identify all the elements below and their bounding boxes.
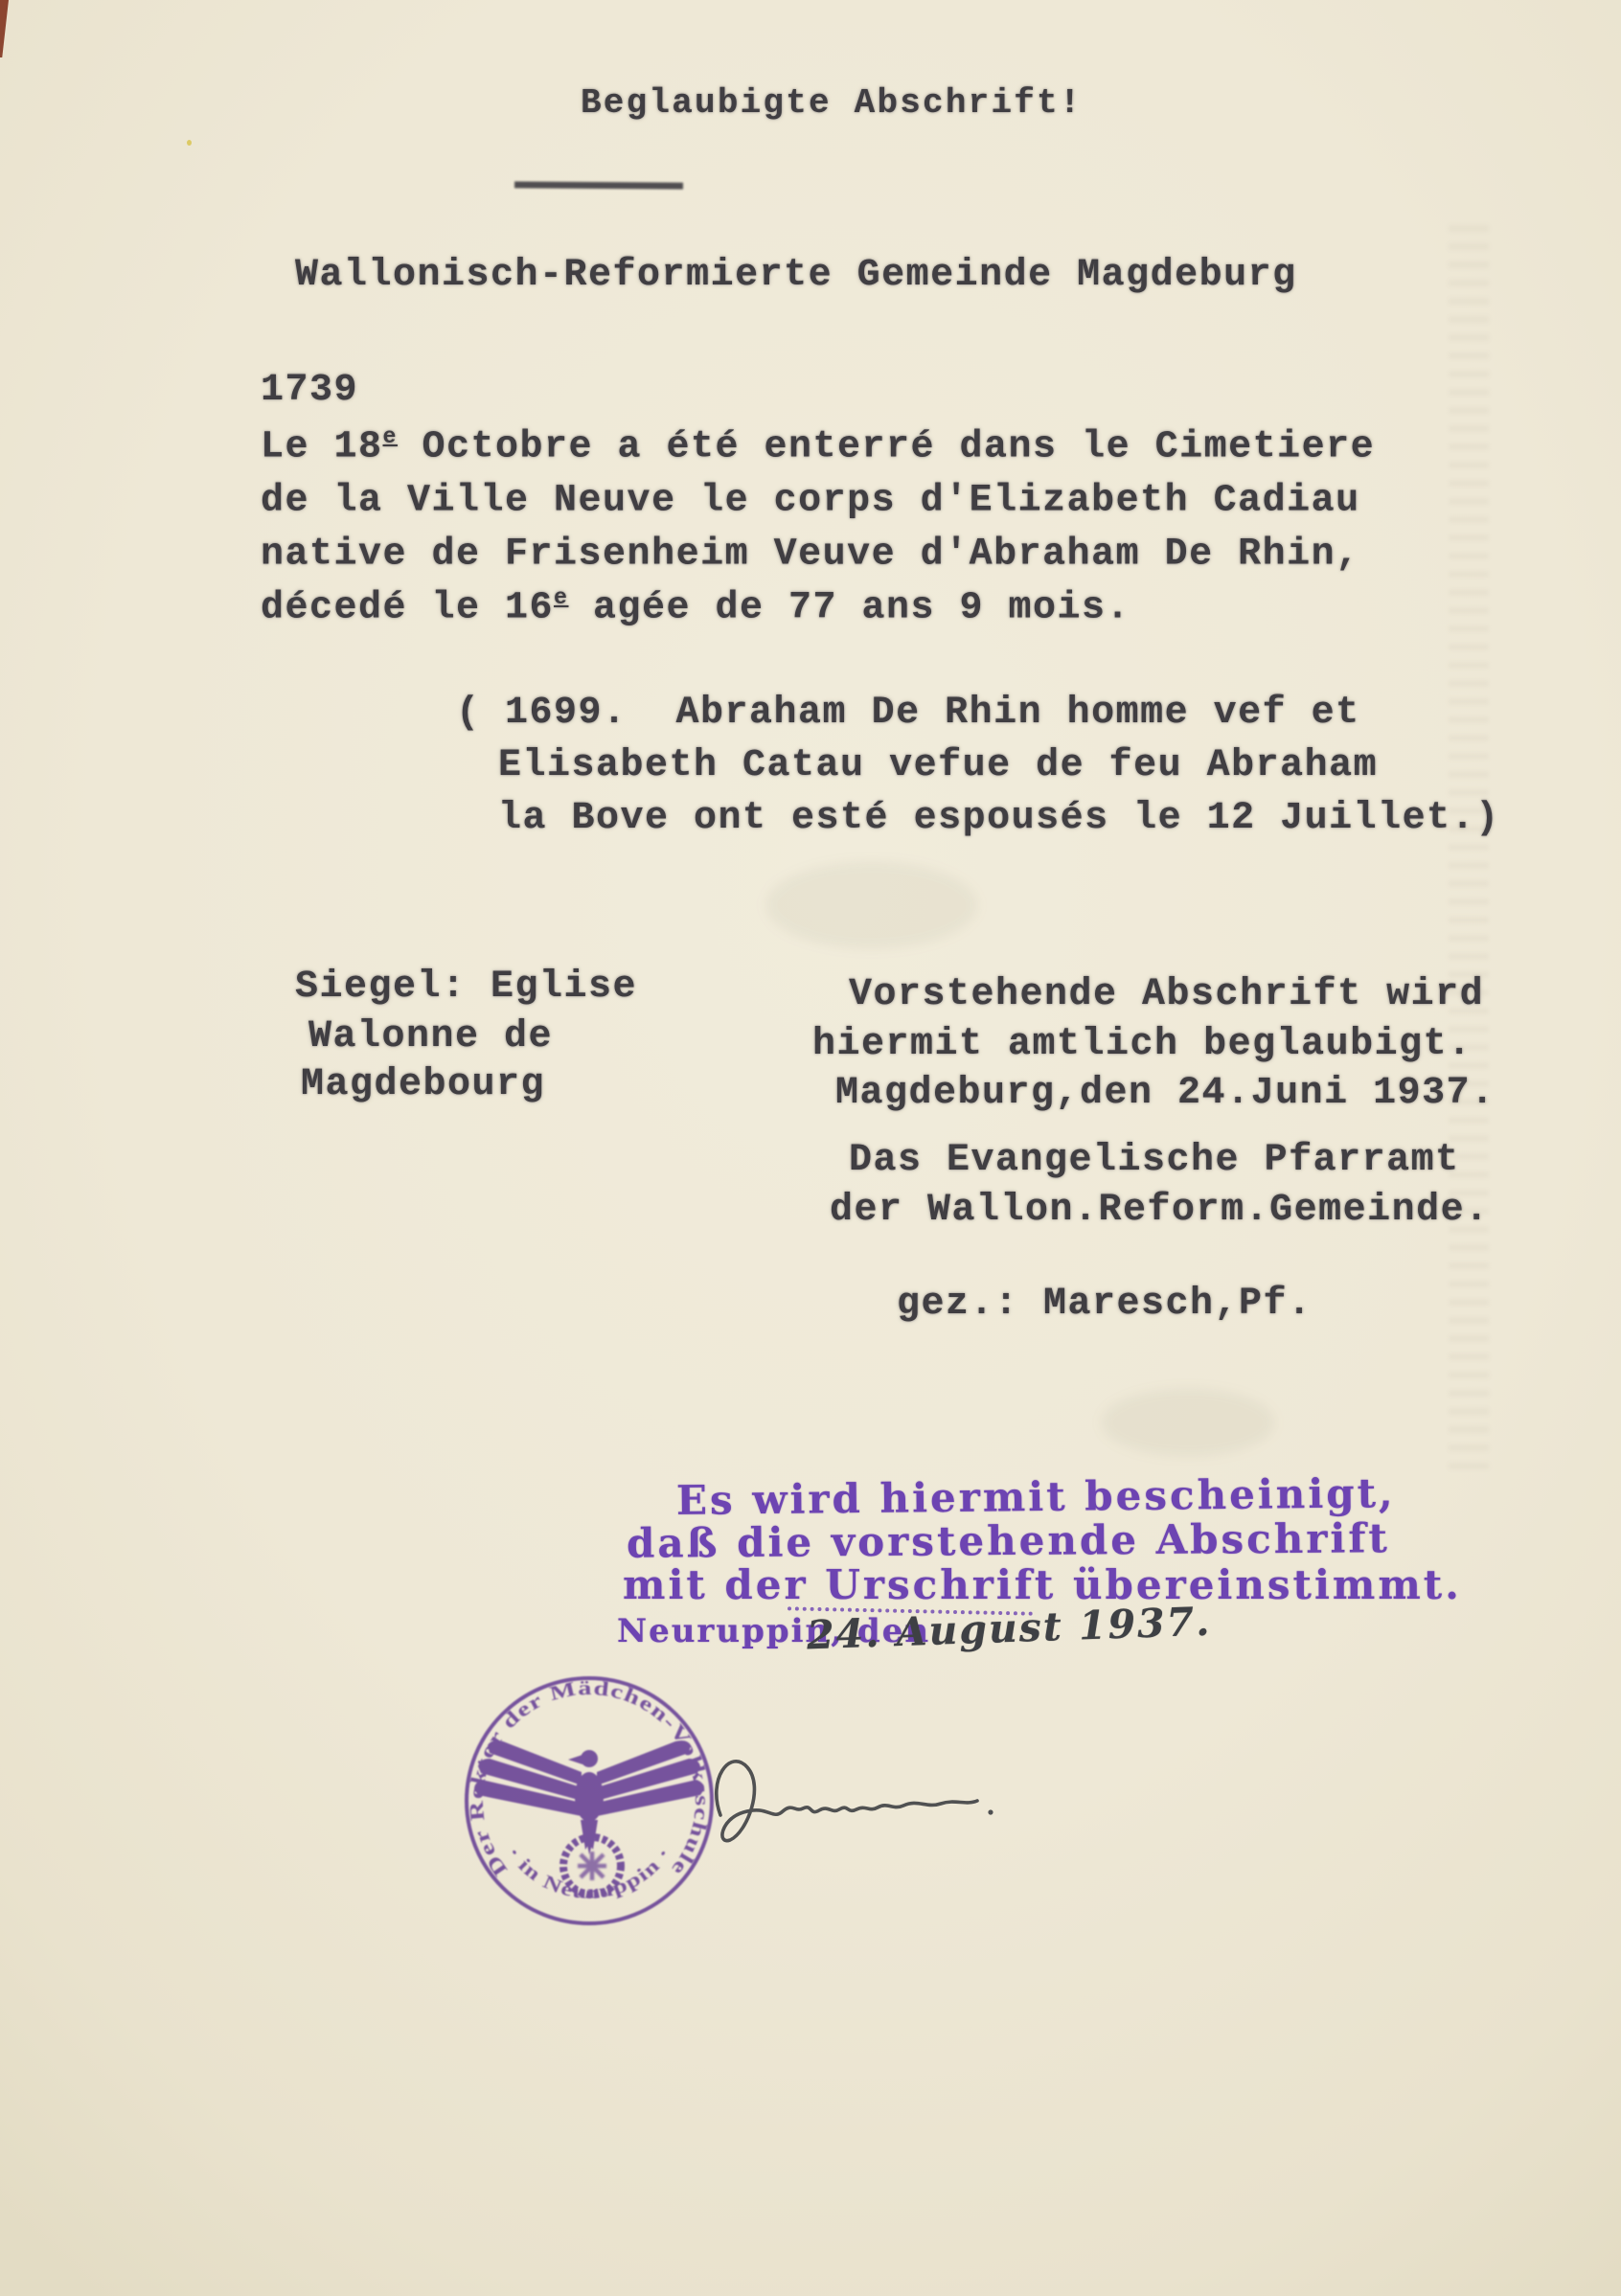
certification-line: hiermit amtlich beglaubigt. bbox=[812, 1026, 1473, 1064]
ordinal-superscript: e bbox=[554, 585, 568, 610]
seal-note-line: Walonne de bbox=[308, 1018, 553, 1057]
certification-line: Magdeburg,den 24.Juni 1937. bbox=[835, 1075, 1495, 1113]
signature-handwriting bbox=[690, 1719, 1016, 1882]
certification-line: Vorstehende Abschrift wird bbox=[849, 976, 1484, 1014]
school-cert-line: Es wird hiermit bescheinigt, bbox=[676, 1473, 1396, 1521]
congregation-line: Wallonisch-Reformierte Gemeinde Magdebur… bbox=[295, 257, 1297, 295]
record-line-text: Octobre a été enterré dans le Cimetiere bbox=[398, 425, 1375, 468]
record-line-text: de la Ville Neuve le corps d'Elizabeth C… bbox=[261, 479, 1360, 522]
record-line-text: décedé le 16 bbox=[261, 586, 554, 629]
record-line: Le 18e Octobre a été enterré dans le Cim… bbox=[261, 426, 1375, 466]
school-cert-line: mit der Urschrift übereinstimmt. bbox=[623, 1565, 1462, 1605]
school-cert-line: daß die vorstehende Abschrift bbox=[627, 1518, 1390, 1564]
document-title: Beglaubigte Abschrift! bbox=[581, 86, 1083, 121]
paper-speck bbox=[187, 140, 192, 146]
record-line-text: native de Frisenheim Veuve d'Abraham De … bbox=[261, 533, 1360, 576]
record-line: native de Frisenheim Veuve d'Abraham De … bbox=[261, 534, 1360, 574]
record-line-text: Le 18 bbox=[261, 425, 383, 468]
seal-note-line: Magdebourg bbox=[301, 1066, 545, 1104]
marriage-note-line: ( 1699. Abraham De Rhin homme vef et bbox=[456, 694, 1360, 733]
title-underline-mark bbox=[514, 181, 683, 189]
marriage-note-line: Elisabeth Catau vefue de feu Abraham bbox=[498, 747, 1378, 785]
record-line-text: agée de 77 ans 9 mois. bbox=[568, 586, 1130, 629]
ordinal-superscript: e bbox=[383, 424, 398, 449]
signed-line: gez.: Maresch,Pf. bbox=[897, 1285, 1313, 1324]
bleedthrough-ghost-strip bbox=[1449, 225, 1489, 1470]
bleedthrough-ghost-blot bbox=[1102, 1389, 1274, 1456]
record-year: 1739 bbox=[261, 372, 358, 410]
marriage-note-line: la Bove ont esté espousés le 12 Juillet.… bbox=[498, 800, 1500, 838]
scan-corner-mark bbox=[0, 0, 9, 57]
office-line: Das Evangelische Pfarramt bbox=[849, 1142, 1460, 1180]
bleedthrough-ghost-blot bbox=[766, 862, 977, 948]
scanned-document-page: Beglaubigte Abschrift! Wallonisch-Reform… bbox=[0, 0, 1621, 2296]
office-line: der Wallon.Reform.Gemeinde. bbox=[830, 1192, 1490, 1230]
seal-note-line: Siegel: Eglise bbox=[295, 968, 637, 1007]
record-line: décedé le 16e agée de 77 ans 9 mois. bbox=[261, 587, 1130, 627]
record-line: de la Ville Neuve le corps d'Elizabeth C… bbox=[261, 480, 1360, 520]
